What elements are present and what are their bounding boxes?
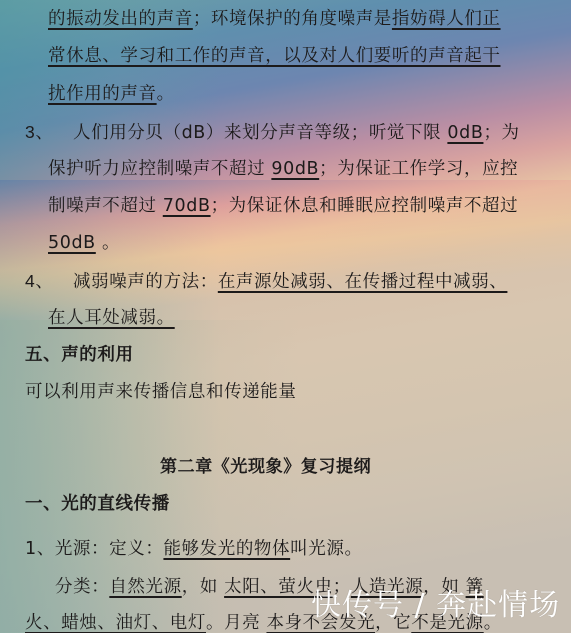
- chapter-2-title: 第二章《光现象》复习提纲: [160, 456, 371, 478]
- text: 分类：: [55, 577, 109, 597]
- text-line-continuation-2: 常休息、学习和工作的声音，以及对人们要听的声音起干: [48, 45, 501, 67]
- text: 叫光源。: [290, 539, 362, 559]
- chapter-2-section-1-heading: 一、光的直线传播: [25, 493, 170, 515]
- underlined-text: 在人耳处减弱。: [48, 308, 175, 328]
- item-3-line-3: 制噪声不超过 70dB；为保证休息和睡眠应控制噪声不超过: [48, 195, 518, 217]
- document-page: 的振动发出的声音；环境保护的角度噪声是指妨碍人们正 常休息、学习和工作的声音，以…: [0, 0, 571, 633]
- text: ；环境保护的角度噪声是: [193, 9, 392, 29]
- underlined-text: 自然光源: [109, 577, 181, 597]
- section-5-heading: 五、声的利用: [25, 344, 134, 366]
- underlined-text: 能够发光的物体: [163, 539, 290, 559]
- item-3-line-4: 50dB 。: [48, 232, 120, 254]
- section-5-text: 可以利用声来传播信息和传递能量: [25, 381, 297, 403]
- underlined-text: 常休息、学习和工作的声音，以及对人们要听的声音起干: [48, 46, 501, 66]
- chapter-2-item-1: 1、光源：定义：能够发光的物体叫光源。: [25, 538, 363, 560]
- text-line-continuation-1: 的振动发出的声音；环境保护的角度噪声是指妨碍人们正: [48, 8, 501, 30]
- text: 。: [96, 233, 120, 253]
- text: ；为保证工作学习，应控: [319, 159, 518, 179]
- value-underlined: 50dB: [48, 233, 96, 253]
- text: ；为保证休息和睡眠应控制噪声不超过: [211, 196, 519, 216]
- text: 。: [157, 84, 175, 104]
- text: ，如: [182, 577, 224, 597]
- underlined-text: 扰作用的声音: [48, 84, 157, 104]
- underlined-text: 在声源处减弱、在传播过程中减弱、: [218, 272, 508, 292]
- value-underlined: 90dB: [271, 159, 319, 179]
- item-3-line-1: 3、人们用分贝（dB）来划分声音等级；听觉下限 0dB；为: [25, 121, 520, 144]
- text: ；为: [483, 123, 519, 143]
- watermark-text: 快传号 / 奔赴情场: [311, 586, 560, 626]
- text-line-continuation-3: 扰作用的声音。: [48, 83, 175, 105]
- item-number: 4、: [25, 270, 73, 292]
- text: 人们用分贝（dB）来划分声音等级；听觉下限: [73, 123, 447, 143]
- item-number: 3、: [25, 121, 73, 143]
- value-underlined: 0dB: [447, 123, 483, 143]
- item-4-line-1: 4、减弱噪声的方法：在声源处减弱、在传播过程中减弱、: [25, 270, 507, 293]
- item-3-line-2: 保护听力应控制噪声不超过 90dB；为保证工作学习，应控: [48, 158, 518, 180]
- underlined-text: 的振动发出的声音: [48, 9, 193, 29]
- text: 保护听力应控制噪声不超过: [48, 159, 271, 179]
- text: 。月亮: [206, 613, 266, 633]
- text: 1、光源：定义：: [25, 539, 163, 559]
- text: 减弱噪声的方法：: [73, 272, 218, 292]
- value-underlined: 70dB: [163, 196, 211, 216]
- underlined-text: 火、蜡烛、油灯、电灯: [25, 613, 206, 633]
- text: 制噪声不超过: [48, 196, 163, 216]
- underline-tail: ​: [175, 307, 185, 329]
- underlined-text: 指妨碍人们正: [392, 9, 501, 29]
- item-4-line-2: 在人耳处减弱。​: [48, 307, 185, 329]
